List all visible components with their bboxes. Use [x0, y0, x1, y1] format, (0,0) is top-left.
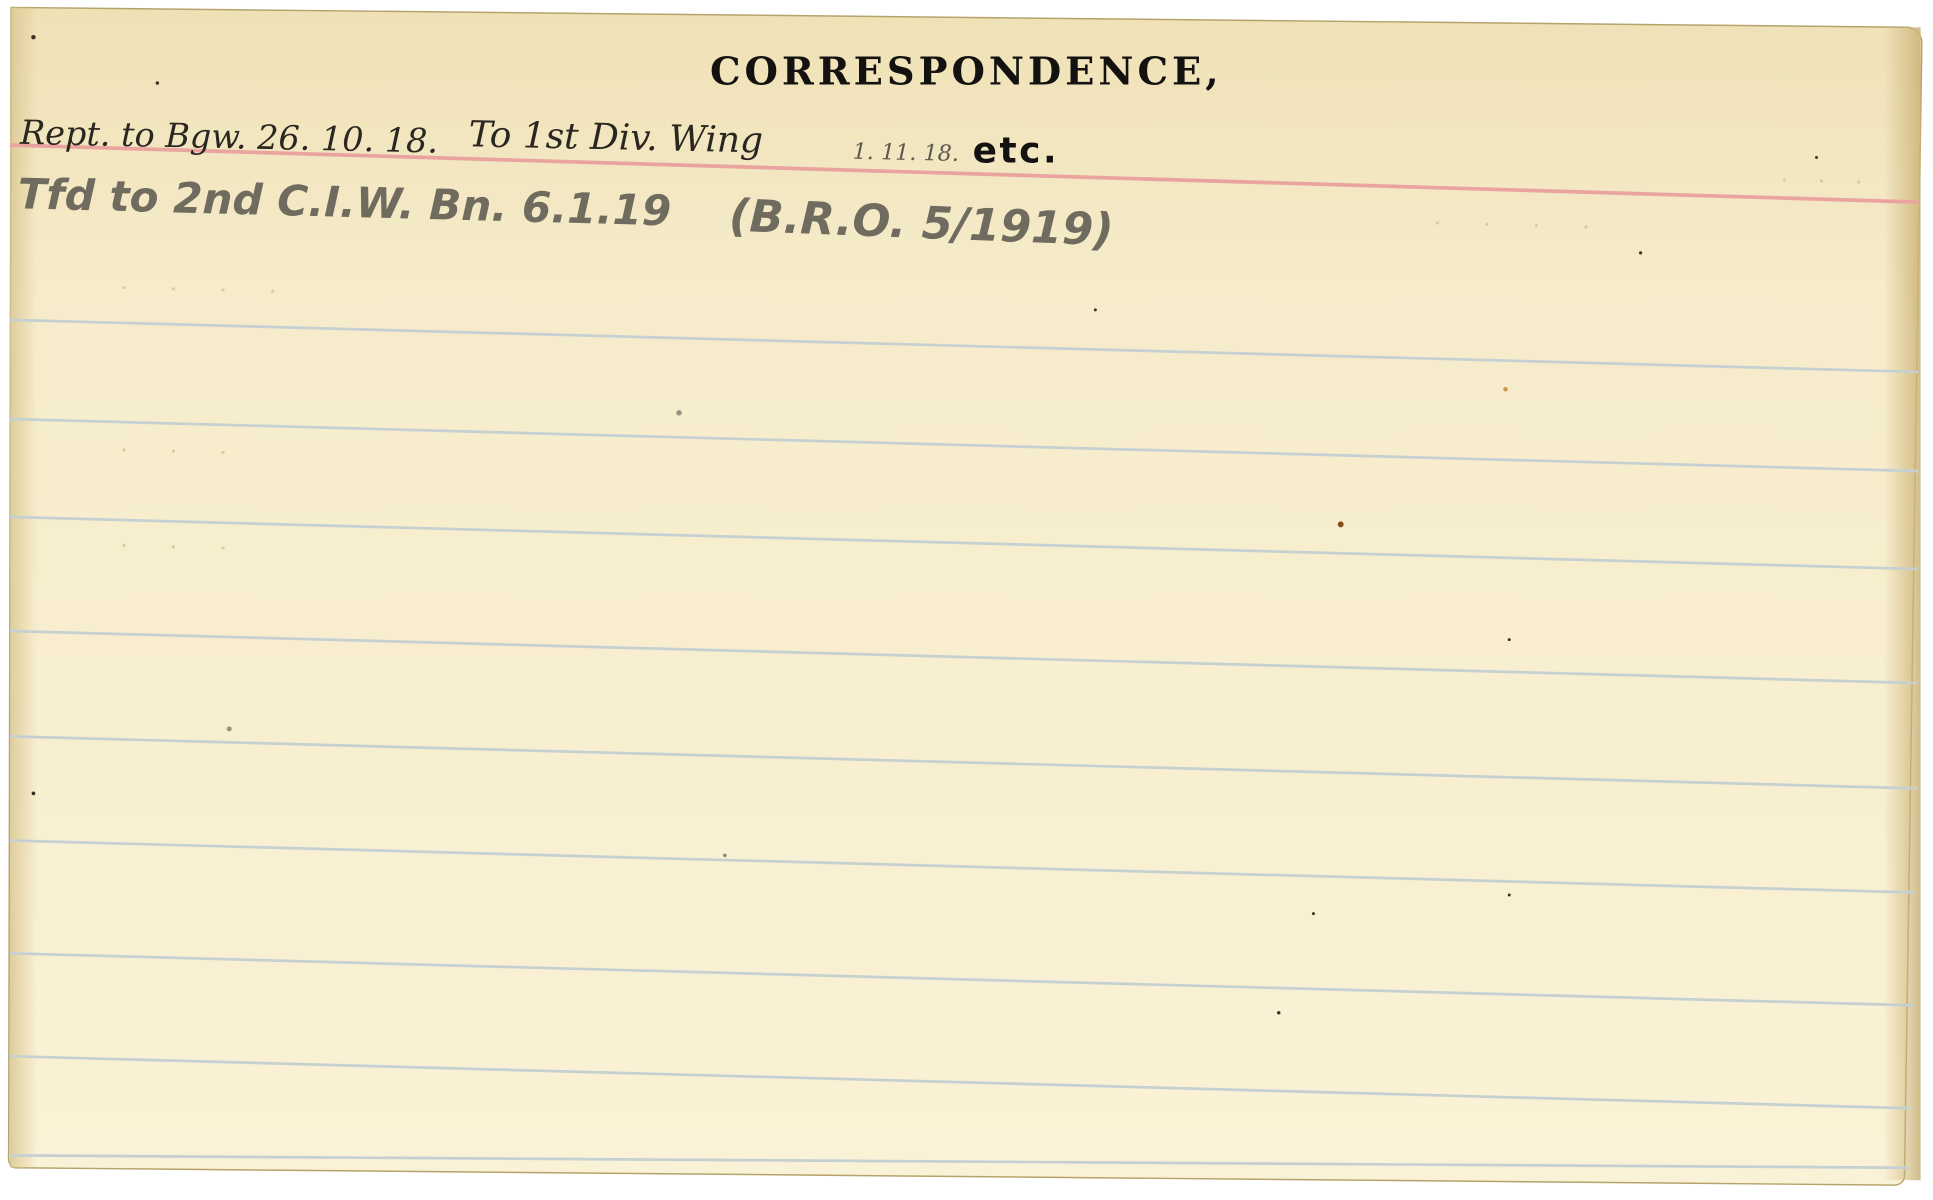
index-card: CORRESPONDENCE, etc. Rept. to Bgw. 26. 1…: [0, 0, 1933, 1200]
card-subheading: etc.: [973, 130, 1059, 171]
entry-1-part-2: To 1st Div. Wing: [468, 114, 763, 161]
record-card-page: CORRESPONDENCE, etc. Rept. to Bgw. 26. 1…: [0, 0, 1933, 1200]
entry-1-part-3: 1. 11. 18.: [852, 139, 959, 167]
card-heading: CORRESPONDENCE,: [710, 49, 1223, 94]
